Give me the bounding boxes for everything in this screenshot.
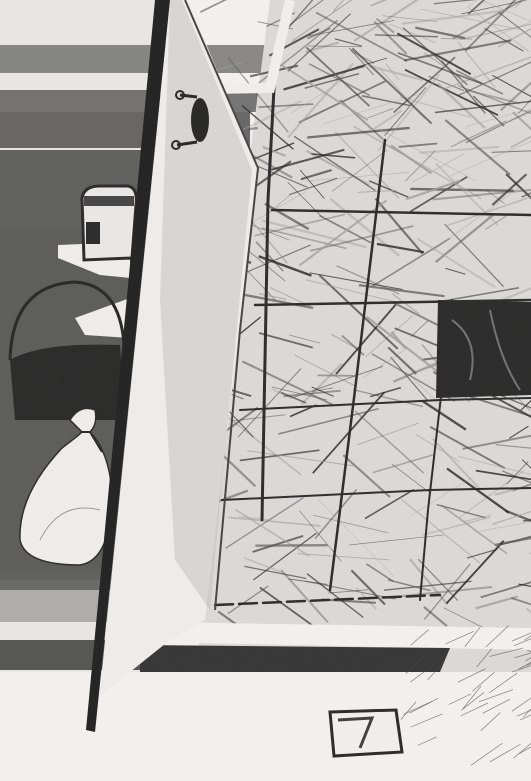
ink-illustration bbox=[0, 0, 531, 781]
illustration-canvas: Black-and-white ink illustration: a view… bbox=[0, 0, 531, 781]
